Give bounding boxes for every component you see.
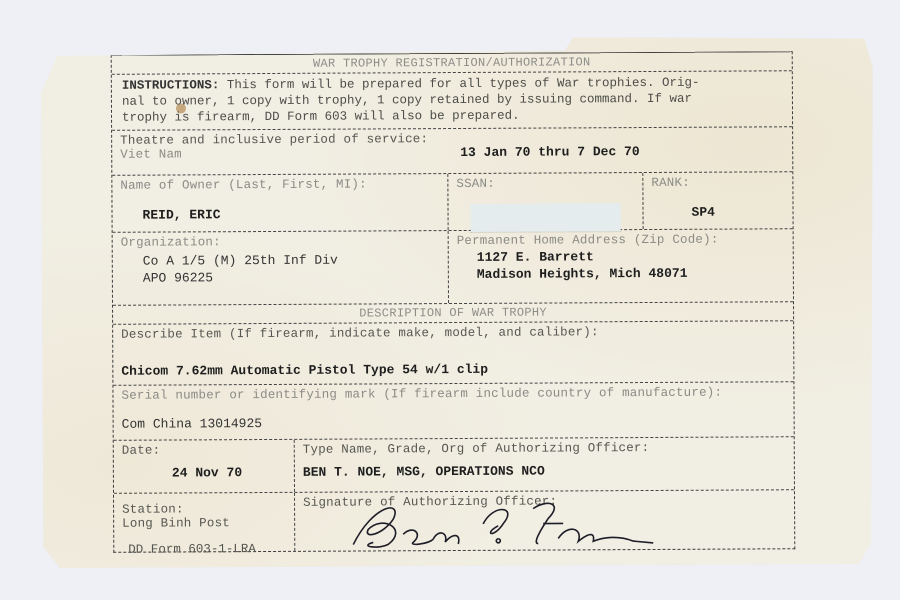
service-period-cell: 13 Jan 70 thru 7 Dec 70 [452, 128, 648, 173]
item-cell: Describe Item (If firearm, indicate make… [113, 321, 793, 385]
serial-value: Com China 13014925 [122, 413, 786, 431]
serial-cell: Serial number or identifying mark (If fi… [113, 382, 793, 440]
officer-cell: Type Name, Grade, Org of Authorizing Off… [294, 437, 794, 492]
instructions-line-3: trophy is firearm, DD Form 603 will also… [122, 109, 520, 125]
owner-name: REID, ERIC [143, 206, 440, 223]
owner-name-label: Name of Owner (Last, First, MI): [120, 177, 439, 193]
organization-line-2: APO 96225 [143, 269, 440, 286]
organization-line-1: Co A 1/5 (M) 25th Inf Div [143, 252, 440, 269]
instructions: INSTRUCTIONS: This form will be prepared… [112, 72, 710, 130]
form-title: WAR TROPHY REGISTRATION/AUTHORIZATION [112, 52, 792, 74]
officer-value: BEN T. NOE, MSG, OPERATIONS NCO [303, 462, 786, 480]
officer-signature [333, 493, 663, 560]
item-row: Describe Item (If firearm, indicate make… [113, 321, 793, 386]
service-theatre: Viet Nam [120, 146, 444, 162]
organization-label: Organization: [121, 234, 440, 250]
home-address-line-1: 1127 E. Barrett [477, 248, 785, 265]
home-address-cell: Permanent Home Address (Zip Code): 1127 … [448, 229, 793, 303]
date-value: 24 Nov 70 [172, 465, 286, 481]
date-label: Date: [122, 443, 286, 458]
organization-row: Organization: Co A 1/5 (M) 25th Inf Div … [113, 229, 793, 306]
ssan-label: SSAN: [456, 176, 634, 191]
home-address-label: Permanent Home Address (Zip Code): [457, 232, 785, 248]
station-label: Station: [122, 502, 286, 517]
ssan-redacted-field [470, 203, 620, 233]
owner-name-cell: Name of Owner (Last, First, MI): REID, E… [112, 174, 447, 232]
instructions-line-2: nal to owner, 1 copy with trophy, 1 copy… [122, 92, 692, 109]
service-label: Theatre and inclusive period of service: [120, 132, 444, 148]
item-value: Chicom 7.62mm Automatic Pistol Type 54 w… [121, 360, 785, 378]
rank-cell: RANK: SP4 [642, 172, 792, 229]
description-title: DESCRIPTION OF WAR TROPHY [113, 302, 793, 324]
date-officer-row: Date: 24 Nov 70 Type Name, Grade, Org of… [114, 437, 794, 494]
officer-label: Type Name, Grade, Org of Authorizing Off… [303, 440, 786, 457]
serial-row: Serial number or identifying mark (If fi… [113, 382, 793, 441]
rank-value: SP4 [691, 204, 784, 219]
owner-row: Name of Owner (Last, First, MI): REID, E… [112, 172, 792, 233]
form-number: DD Form 603-1-LRA [128, 542, 256, 557]
station-value: Long Binh Post [122, 516, 286, 531]
date-cell: Date: 24 Nov 70 [114, 440, 294, 493]
instructions-line-1: This form will be prepared for all types… [227, 76, 700, 92]
serial-label: Serial number or identifying mark (If fi… [121, 385, 785, 402]
instructions-row: INSTRUCTIONS: This form will be prepared… [112, 71, 792, 131]
organization-cell: Organization: Co A 1/5 (M) 25th Inf Div … [113, 231, 448, 305]
ssan-cell: SSAN: [447, 173, 642, 230]
war-trophy-form: WAR TROPHY REGISTRATION/AUTHORIZATION IN… [111, 51, 796, 553]
service-row: Theatre and inclusive period of service:… [112, 127, 792, 176]
instructions-label: INSTRUCTIONS: [122, 78, 220, 93]
service-period: 13 Jan 70 thru 7 Dec 70 [460, 144, 640, 160]
signature-scribble-icon [333, 493, 663, 555]
service-cell: Theatre and inclusive period of service:… [112, 129, 452, 175]
rank-label: RANK: [651, 175, 784, 190]
document-paper: WAR TROPHY REGISTRATION/AUTHORIZATION IN… [41, 36, 876, 568]
item-label: Describe Item (If firearm, indicate make… [121, 324, 785, 341]
home-address-line-2: Madison Heights, Mich 48071 [477, 265, 785, 282]
